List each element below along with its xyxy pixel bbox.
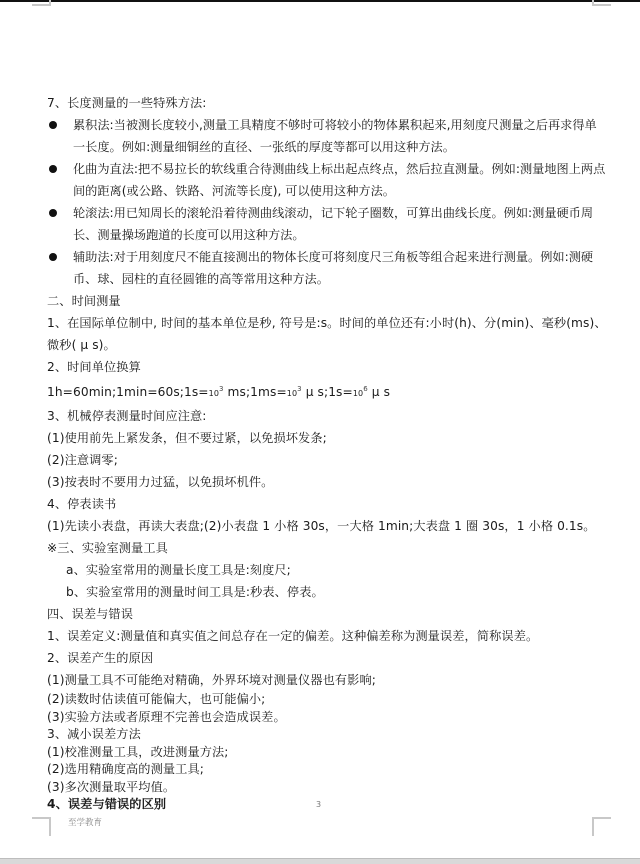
section-heading-error: 四、误差与错误 xyxy=(47,603,607,625)
error-cause-1: (1)测量工具不可能绝对精确，外界环境对测量仪器也有影响; xyxy=(47,669,607,691)
top-border xyxy=(0,0,640,2)
crop-mark-top-right xyxy=(592,0,611,6)
subheading-reduce-error: 3、减小误差方法 xyxy=(47,726,607,744)
document-body: 7、长度测量的一些特殊方法: 累积法:当被测长度较小,测量工具精度不够时可将较小… xyxy=(47,92,607,814)
conversion-formula: 1h=60min;1min=60s;1s=103 ms;1ms=103 μ s;… xyxy=(47,378,607,405)
stopwatch-note-3: (3)按表时不要用力过猛，以免损坏机件。 xyxy=(47,471,607,493)
subheading-stopwatch-reading: 4、停表读书 xyxy=(47,493,607,515)
subheading-stopwatch-notes: 3、机械停表测量时间应注意: xyxy=(47,405,607,427)
page-number: 3 xyxy=(316,800,321,809)
section-heading-lab-tools: ※三、实验室测量工具 xyxy=(47,537,607,559)
bullet-icon xyxy=(49,209,57,217)
bullet-icon xyxy=(49,253,57,261)
crop-mark-top-left xyxy=(32,0,51,6)
paragraph-time-unit-2: 微秒( μ s)。 xyxy=(47,334,607,356)
lab-tool-time: b、实验室常用的测量时间工具是:秒表、停表。 xyxy=(47,581,607,603)
bullet-icon xyxy=(49,165,57,173)
crop-mark-bottom-left xyxy=(32,817,51,836)
reduce-error-2: (2)选用精确度高的测量工具; xyxy=(47,761,607,779)
reduce-error-3: (3)多次测量取平均值。 xyxy=(47,779,607,797)
bullet-item-curve-to-straight: 化曲为直法:把不易拉长的软线重合待测曲线上标出起点终点，然后拉直测量。例如:测量… xyxy=(47,158,607,202)
stopwatch-reading-text: (1)先读小表盘，再读大表盘;(2)小表盘 1 小格 30s，一大格 1min;… xyxy=(47,515,607,537)
error-cause-3: (3)实验方法或者原理不完善也会造成误差。 xyxy=(47,709,607,727)
error-cause-2: (2)读数时估读值可能偏大，也可能偏小; xyxy=(47,691,607,709)
section-heading-time: 二、时间测量 xyxy=(47,290,607,312)
bullet-icon xyxy=(49,121,57,129)
paragraph-time-unit-1: 1、在国际单位制中, 时间的基本单位是秒, 符号是:s。时间的单位还有:小时(h… xyxy=(47,312,607,334)
lab-tool-length: a、实验室常用的测量长度工具是:刻度尺; xyxy=(47,559,607,581)
crop-mark-bottom-right xyxy=(592,817,611,836)
bullet-item-auxiliary: 辅助法:对于用刻度尺不能直接测出的物体长度可将刻度尺三角板等组合起来进行测量。例… xyxy=(47,246,607,290)
subheading-error-causes: 2、误差产生的原因 xyxy=(47,647,607,669)
error-definition: 1、误差定义:测量值和真实值之间总存在一定的偏差。这种偏差称为测量误差，简称误差… xyxy=(47,625,607,647)
subheading-unit-conversion: 2、时间单位换算 xyxy=(47,356,607,378)
stopwatch-note-1: (1)使用前先上紧发条，但不要过紧，以免损坏发条; xyxy=(47,427,607,449)
stopwatch-note-2: (2)注意调零; xyxy=(47,449,607,471)
footer-organization: 至学教育 xyxy=(68,816,102,828)
section-heading-special-methods: 7、长度测量的一些特殊方法: xyxy=(47,92,607,114)
bottom-border xyxy=(0,858,640,864)
reduce-error-1: (1)校准测量工具，改进测量方法; xyxy=(47,744,607,762)
bullet-item-wheel-rolling: 轮滚法:用已知周长的滚轮沿着待测曲线滚动，记下轮子圈数，可算出曲线长度。例如:测… xyxy=(47,202,607,246)
subheading-error-vs-mistake: 4、误差与错误的区别 xyxy=(47,796,607,814)
bullet-item-accumulation: 累积法:当被测长度较小,测量工具精度不够时可将较小的物体累积起来,用刻度尺测量之… xyxy=(47,114,607,158)
